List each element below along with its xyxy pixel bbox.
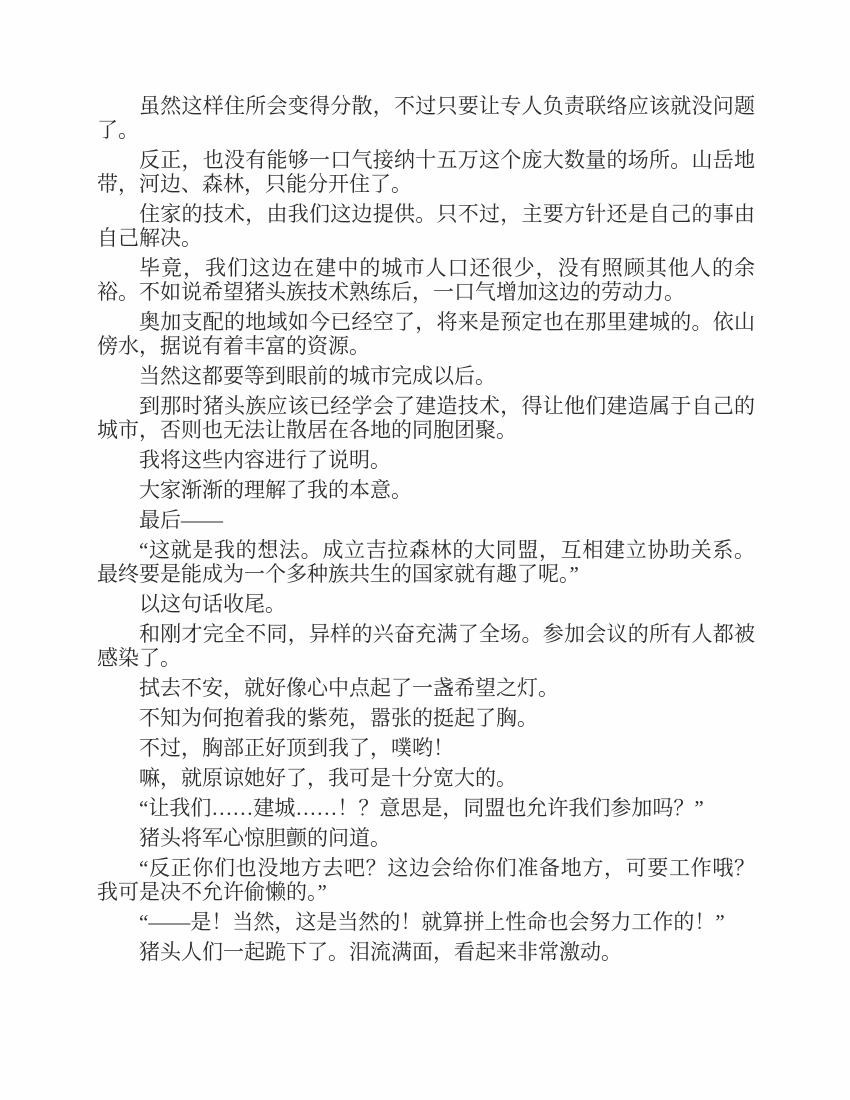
paragraph: 到那时猪头族应该已经学会了建造技术，得让他们建造属于自己的城市，否则也无法让散居… [97, 394, 755, 442]
paragraph: 当然这都要等到眼前的城市完成以后。 [97, 364, 755, 388]
text-content: 虽然这样住所会变得分散，不过只要让专人负责联络应该就没问题了。 反正，也没有能够… [97, 94, 755, 964]
paragraph: “反正你们也没地方去吧？这边会给你们准备地方，可要工作哦？我可是决不允许偷懒的。… [97, 856, 755, 904]
paragraph: 住家的技术，由我们这边提供。只不过，主要方针还是自己的事由自己解决。 [97, 202, 755, 250]
paragraph: 不过，胸部正好顶到我了，噗哟！ [97, 736, 755, 760]
paragraph: 毕竟，我们这边在建中的城市人口还很少，没有照顾其他人的余裕。不如说希望猪头族技术… [97, 256, 755, 304]
paragraph: 我将这些内容进行了说明。 [97, 448, 755, 472]
paragraph: 虽然这样住所会变得分散，不过只要让专人负责联络应该就没问题了。 [97, 94, 755, 142]
paragraph: 猪头人们一起跪下了。泪流满面，看起来非常激动。 [97, 940, 755, 964]
paragraph: 猪头将军心惊胆颤的问道。 [97, 826, 755, 850]
paragraph: “——是！当然，这是当然的！就算拼上性命也会努力工作的！” [97, 910, 755, 934]
paragraph: 最后—— [97, 508, 755, 532]
paragraph: 反正，也没有能够一口气接纳十五万这个庞大数量的场所。山岳地带，河边、森林，只能分… [97, 148, 755, 196]
document-page: 虽然这样住所会变得分散，不过只要让专人负责联络应该就没问题了。 反正，也没有能够… [0, 0, 850, 1100]
paragraph: 以这句话收尾。 [97, 592, 755, 616]
paragraph: 和刚才完全不同，异样的兴奋充满了全场。参加会议的所有人都被感染了。 [97, 622, 755, 670]
paragraph: “让我们……建城……！？意思是，同盟也允许我们参加吗？” [97, 796, 755, 820]
paragraph: “这就是我的想法。成立吉拉森林的大同盟，互相建立协助关系。最终要是能成为一个多种… [97, 538, 755, 586]
paragraph: 不知为何抱着我的紫苑，嚣张的挺起了胸。 [97, 706, 755, 730]
paragraph: 嘛，就原谅她好了，我可是十分宽大的。 [97, 766, 755, 790]
paragraph: 拭去不安，就好像心中点起了一盏希望之灯。 [97, 676, 755, 700]
paragraph: 大家渐渐的理解了我的本意。 [97, 478, 755, 502]
paragraph: 奥加支配的地域如今已经空了，将来是预定也在那里建城的。依山傍水，据说有着丰富的资… [97, 310, 755, 358]
